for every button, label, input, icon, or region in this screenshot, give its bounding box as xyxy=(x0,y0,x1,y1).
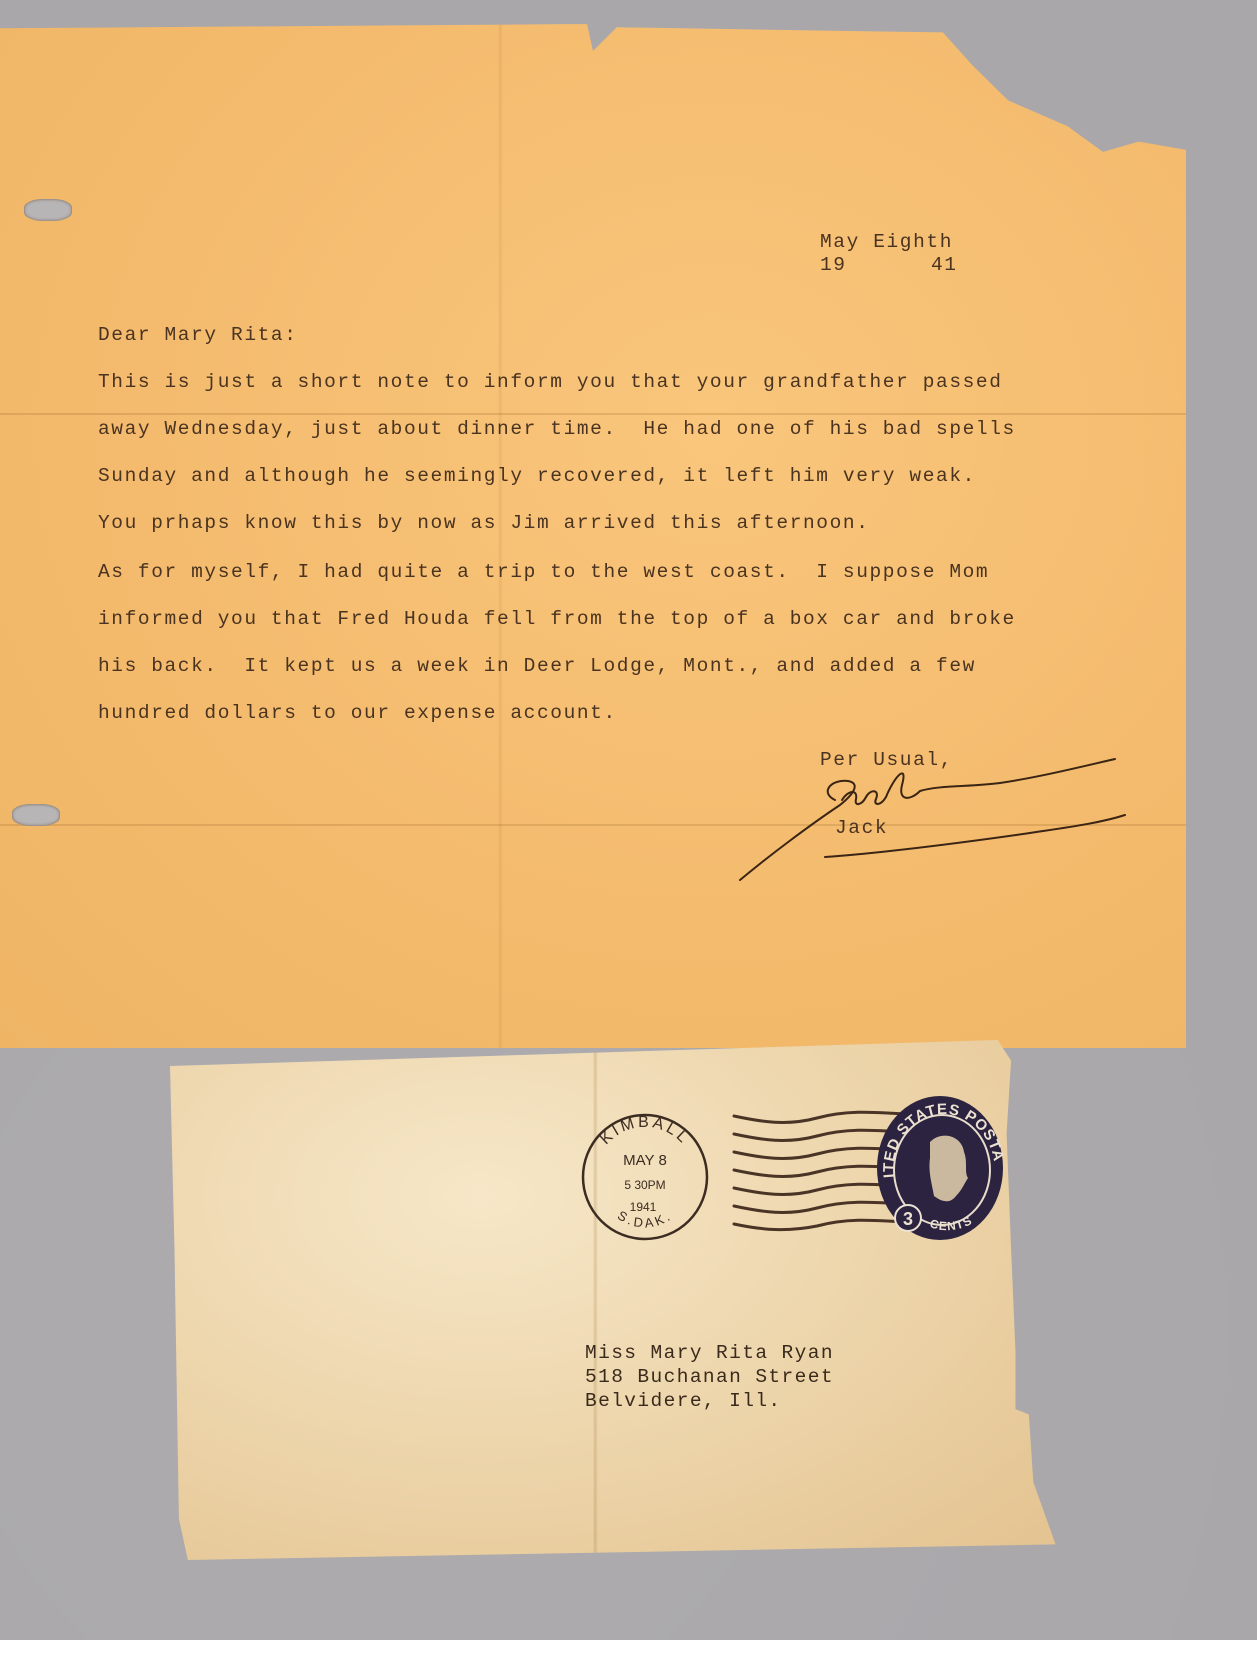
address-line-city: Belvidere, Ill. xyxy=(585,1392,782,1412)
letter-body-line: informed you that Fred Houda fell from t… xyxy=(98,610,1016,630)
stamp-denomination: 3 xyxy=(903,1209,913,1229)
letter-date-line1: May Eighth xyxy=(820,233,953,253)
punch-hole xyxy=(12,804,60,826)
svg-text:KIMBALL: KIMBALL xyxy=(597,1114,693,1148)
letter-body-line: hundred dollars to our expense account. xyxy=(98,704,617,724)
letter-body-line: You prhaps know this by now as Jim arriv… xyxy=(98,514,870,534)
handwritten-signature xyxy=(730,745,1150,895)
postmark: KIMBALL MAY 8 5 30PM 1941 S.DAK. xyxy=(575,1105,715,1250)
letter-body-line: This is just a short note to inform you … xyxy=(98,373,1003,393)
postmark-city: KIMBALL xyxy=(597,1114,693,1148)
letter-body-line: Sunday and although he seemingly recover… xyxy=(98,467,976,487)
letter-body-line: As for myself, I had quite a trip to the… xyxy=(98,563,989,583)
postmark-time: 5 30PM xyxy=(624,1178,665,1192)
letter-body-line: his back. It kept us a week in Deer Lodg… xyxy=(98,657,976,677)
postmark-year: 1941 xyxy=(630,1200,657,1214)
fold-crease xyxy=(0,413,1186,415)
postmark-date: MAY 8 xyxy=(623,1152,667,1169)
address-line-name: Miss Mary Rita Ryan xyxy=(585,1344,834,1364)
letter-body-line: away Wednesday, just about dinner time. … xyxy=(98,420,1016,440)
letter-date-year-right: 41 xyxy=(931,256,958,276)
postage-stamp-3-cents: UNITED STATES POSTAGE 3 CENTS xyxy=(872,1092,1007,1247)
letter-salutation: Dear Mary Rita: xyxy=(98,326,298,346)
letter-date-year-left: 19 xyxy=(820,256,847,276)
punch-hole xyxy=(24,199,72,221)
scan-margin xyxy=(0,1640,1257,1662)
address-line-street: 518 Buchanan Street xyxy=(585,1368,834,1388)
